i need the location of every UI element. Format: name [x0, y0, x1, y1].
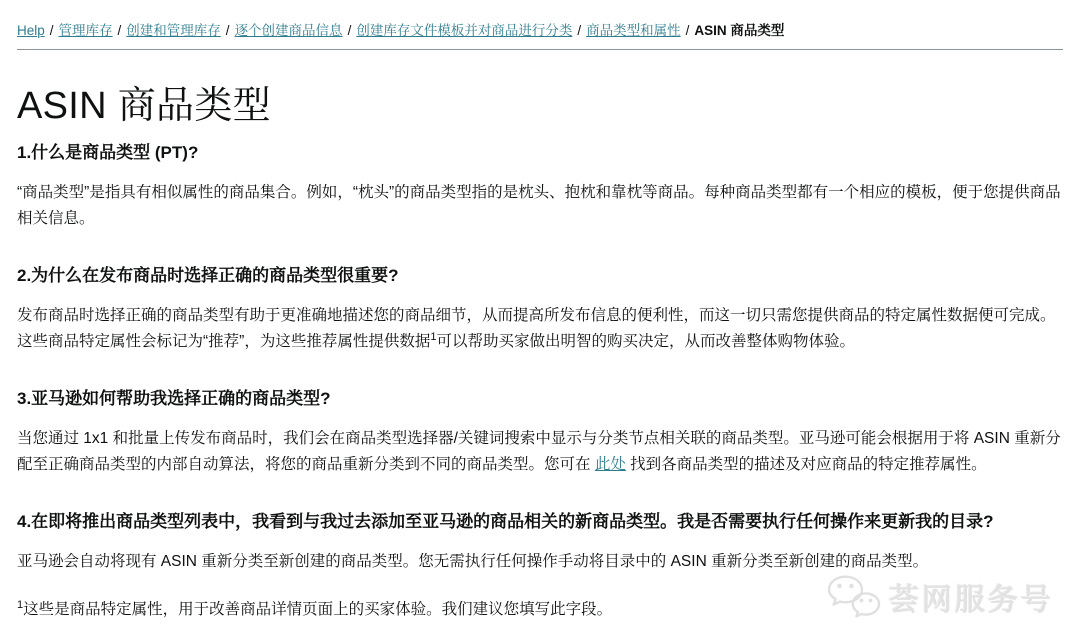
section-2-text-2: 可以帮助买家做出明智的购买决定，从而改善整体购物体验。 — [436, 333, 855, 350]
breadcrumb-link-product-types-attributes[interactable]: 商品类型和属性 — [586, 23, 681, 38]
breadcrumb-separator: / — [686, 23, 690, 38]
section-1-body: “商品类型”是指具有相似属性的商品集合。例如，“枕头”的商品类型指的是枕头、抱枕… — [17, 180, 1063, 232]
section-how-amazon-helps: 3.亚马逊如何帮助我选择正确的商品类型? 当您通过 1x1 和批量上传发布商品时… — [17, 387, 1063, 478]
section-4-body: 亚马逊会自动将现有 ASIN 重新分类至新创建的商品类型。您无需执行任何操作手动… — [17, 549, 1063, 575]
breadcrumb-current-page: ASIN 商品类型 — [694, 23, 784, 38]
page-title: ASIN 商品类型 — [17, 74, 1063, 129]
breadcrumb-separator: / — [118, 23, 122, 38]
article-content: ASIN 商品类型 1.什么是商品类型 (PT)? “商品类型”是指具有相似属性… — [0, 74, 1080, 623]
section-what-is-product-type: 1.什么是商品类型 (PT)? “商品类型”是指具有相似属性的商品集合。例如，“… — [17, 141, 1063, 232]
breadcrumb-divider — [17, 49, 1063, 50]
section-4-text: 亚马逊会自动将现有 ASIN 重新分类至新创建的商品类型。您无需执行任何操作手动… — [17, 553, 928, 570]
breadcrumb-link-help[interactable]: Help — [17, 23, 45, 38]
breadcrumb-separator: / — [226, 23, 230, 38]
breadcrumb-link-create-manage-inventory[interactable]: 创建和管理库存 — [126, 23, 221, 38]
footnote-text: 这些是商品特定属性，用于改善商品详情页面上的买家体验。我们建议您填写此字段。 — [23, 601, 612, 618]
section-why-correct-product-type: 2.为什么在发布商品时选择正确的商品类型很重要? 发布商品时选择正确的商品类型有… — [17, 264, 1063, 355]
section-upcoming-product-types: 4.在即将推出商品类型列表中，我看到与我过去添加至亚马逊的商品相关的新商品类型。… — [17, 510, 1063, 575]
here-link[interactable]: 此处 — [595, 456, 626, 473]
breadcrumb-separator: / — [50, 23, 54, 38]
help-article-page: Help/管理库存/创建和管理库存/逐个创建商品信息/创建库存文件模板并对商品进… — [0, 0, 1080, 623]
breadcrumb-link-manage-inventory[interactable]: 管理库存 — [59, 23, 113, 38]
footnote: 1这些是商品特定属性，用于改善商品详情页面上的买家体验。我们建议您填写此字段。 — [17, 597, 1063, 623]
section-1-text: “商品类型”是指具有相似属性的商品集合。例如，“枕头”的商品类型指的是枕头、抱枕… — [17, 184, 1061, 227]
breadcrumb-separator: / — [348, 23, 352, 38]
breadcrumb-separator: / — [577, 23, 581, 38]
section-1-heading: 1.什么是商品类型 (PT)? — [17, 141, 1063, 164]
section-2-body: 发布商品时选择正确的商品类型有助于更准确地描述您的商品细节，从而提高所发布信息的… — [17, 303, 1063, 355]
section-2-heading: 2.为什么在发布商品时选择正确的商品类型很重要? — [17, 264, 1063, 287]
section-3-text-2: 找到各商品类型的描述及对应商品的特定推荐属性。 — [630, 456, 987, 473]
section-3-body: 当您通过 1x1 和批量上传发布商品时，我们会在商品类型选择器/关键词搜索中显示… — [17, 426, 1063, 478]
breadcrumb-link-inventory-template[interactable]: 创建库存文件模板并对商品进行分类 — [356, 23, 572, 38]
breadcrumb: Help/管理库存/创建和管理库存/逐个创建商品信息/创建库存文件模板并对商品进… — [0, 0, 1080, 40]
breadcrumb-link-create-listings-individually[interactable]: 逐个创建商品信息 — [235, 23, 343, 38]
section-3-heading: 3.亚马逊如何帮助我选择正确的商品类型? — [17, 387, 1063, 410]
section-4-heading: 4.在即将推出商品类型列表中，我看到与我过去添加至亚马逊的商品相关的新商品类型。… — [17, 510, 1063, 533]
